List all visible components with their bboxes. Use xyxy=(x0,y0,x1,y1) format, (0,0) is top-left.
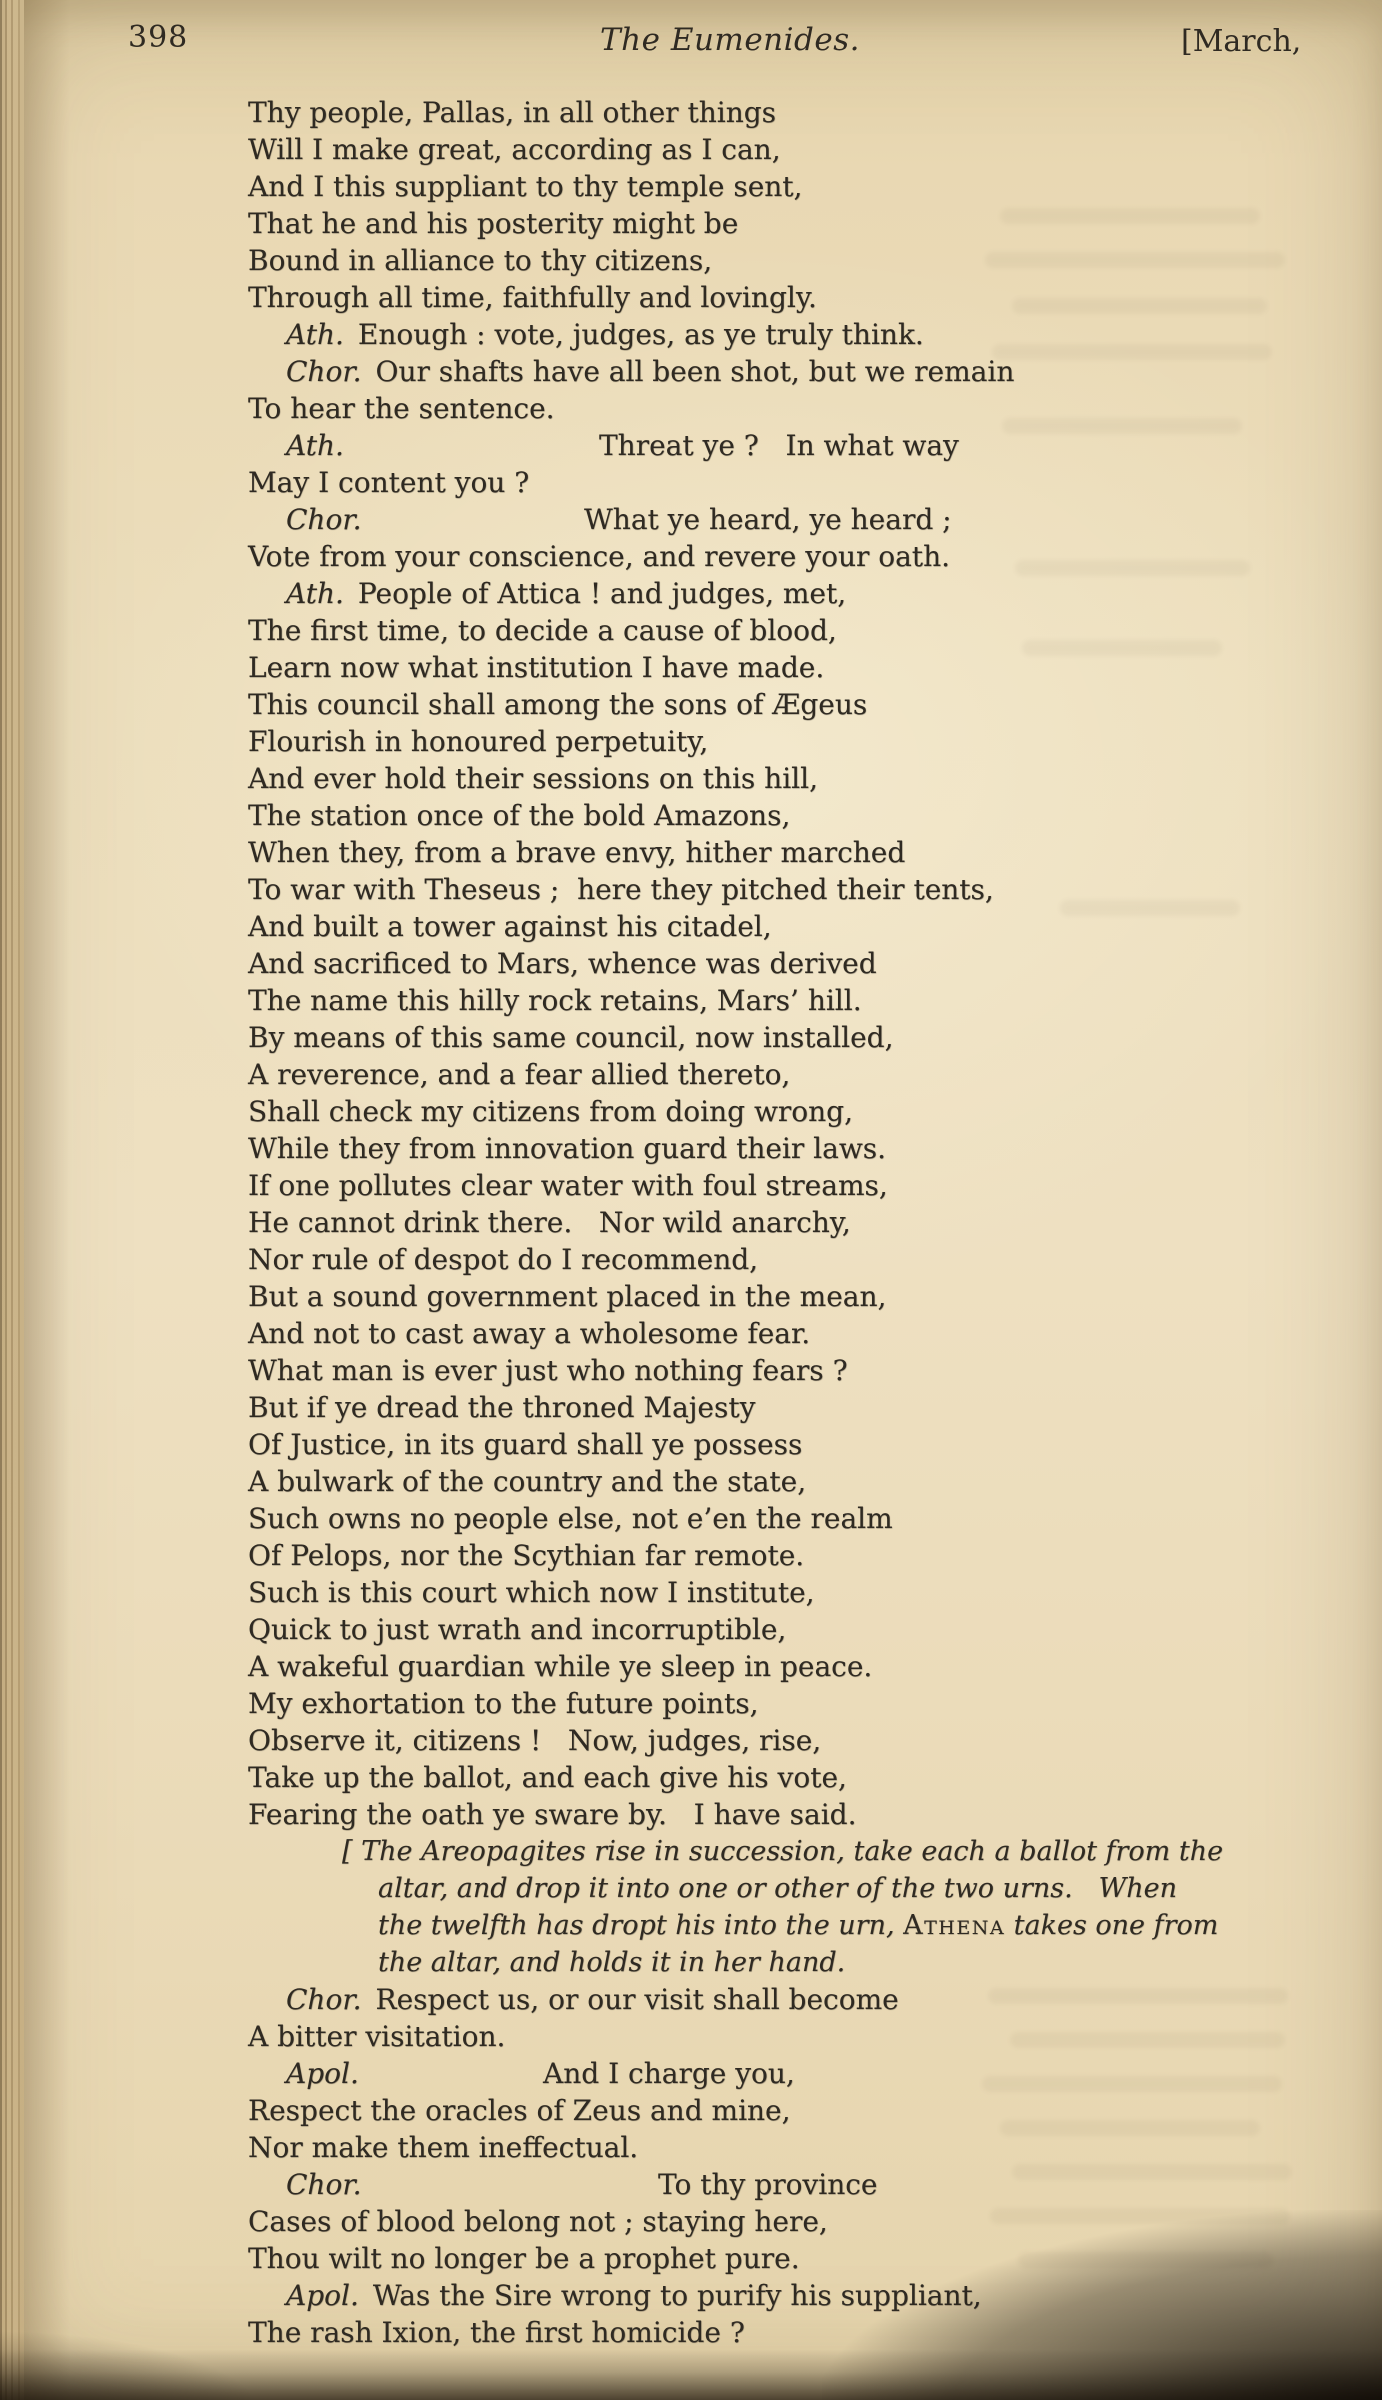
verse-line: By means of this same council, now insta… xyxy=(248,1019,1348,1056)
show-through-bar xyxy=(988,1988,1288,2004)
verse-line: And sacrificed to Mars, whence was deriv… xyxy=(248,945,1348,982)
page-edge-texture xyxy=(0,0,24,2400)
line-text: People of Attica ! and judges, met, xyxy=(358,577,846,610)
line-text: [ The Areopagites rise in succession, ta… xyxy=(342,1836,1223,1867)
binding-shadow xyxy=(822,2210,1382,2400)
verse-line: The name this hilly rock retains, Mars’ … xyxy=(248,982,1348,1019)
verse-line: May I content you ? xyxy=(248,464,1348,501)
show-through-bar xyxy=(1002,418,1242,434)
character-name-smallcaps: Athena xyxy=(903,1910,1005,1941)
line-text: But if ye dread the throned Majesty xyxy=(248,1391,755,1424)
line-text: Flourish in honoured perpetuity, xyxy=(248,725,708,758)
line-text: Of Justice, in its guard shall ye posses… xyxy=(248,1428,802,1461)
speaker-label: Apol. xyxy=(286,2279,359,2312)
line-text: And sacrificed to Mars, whence was deriv… xyxy=(248,947,877,980)
line-text: Such is this court which now I institute… xyxy=(248,1576,815,1609)
verse-line: My exhortation to the future points, xyxy=(248,1685,1348,1722)
show-through-bar xyxy=(1010,2032,1285,2048)
line-text: Fearing the oath ye sware by. I have sai… xyxy=(248,1798,856,1831)
show-through-bar xyxy=(1060,900,1240,916)
verse-line: While they from innovation guard their l… xyxy=(248,1130,1348,1167)
stage-direction-line: the twelfth has dropt his into the urn, … xyxy=(248,1907,1348,1944)
line-text: Through all time, faithfully and lovingl… xyxy=(248,281,817,314)
verse-line: And not to cast away a wholesome fear. xyxy=(248,1315,1348,1352)
line-text: Quick to just wrath and incorruptible, xyxy=(248,1613,786,1646)
line-text: the twelfth has dropt his into the urn, … xyxy=(378,1910,1218,1941)
line-text: altar, and drop it into one or other of … xyxy=(378,1873,1177,1904)
line-text: What ye heard, ye heard ; xyxy=(584,501,952,538)
verse-line: This council shall among the sons of Æge… xyxy=(248,686,1348,723)
line-text: And I charge you, xyxy=(543,2055,795,2092)
verse-line: Such is this court which now I institute… xyxy=(248,1574,1348,1611)
show-through-bar xyxy=(1000,208,1260,224)
line-text: The name this hilly rock retains, Mars’ … xyxy=(248,984,862,1017)
line-text: Nor make them ineffectual. xyxy=(248,2131,638,2164)
line-text: But a sound government placed in the mea… xyxy=(248,1280,886,1313)
line-text: Respect the oracles of Zeus and mine, xyxy=(248,2094,791,2127)
header-issue-date: [March, xyxy=(1181,24,1301,59)
verse-line: Quick to just wrath and incorruptible, xyxy=(248,1611,1348,1648)
line-text: And I this suppliant to thy temple sent, xyxy=(248,170,802,203)
verse-line: Shall check my citizens from doing wrong… xyxy=(248,1093,1348,1130)
speaker-label: Ath. xyxy=(286,318,344,351)
verse-line: And ever hold their sessions on this hil… xyxy=(248,760,1348,797)
line-text: A bitter visitation. xyxy=(248,2020,505,2053)
line-text: Nor rule of despot do I recommend, xyxy=(248,1243,758,1276)
verse-line: He cannot drink there. Nor wild anarchy, xyxy=(248,1204,1348,1241)
line-text: Thou wilt no longer be a prophet pure. xyxy=(248,2242,800,2275)
verse-line: Of Justice, in its guard shall ye posses… xyxy=(248,1426,1348,1463)
verse-line: Flourish in honoured perpetuity, xyxy=(248,723,1348,760)
scanned-book-page: 398 The Eumenides. [March, Thy people, P… xyxy=(0,0,1382,2400)
verse-line: And I this suppliant to thy temple sent, xyxy=(248,168,1348,205)
stage-direction-line: the altar, and holds it in her hand. xyxy=(248,1944,1348,1981)
running-title: The Eumenides. xyxy=(600,22,860,58)
line-text: May I content you ? xyxy=(248,466,529,499)
verse-line: Take up the ballot, and each give his vo… xyxy=(248,1759,1348,1796)
verse-line: But if ye dread the throned Majesty xyxy=(248,1389,1348,1426)
line-text: Shall check my citizens from doing wrong… xyxy=(248,1095,853,1128)
verse-line: A bulwark of the country and the state, xyxy=(248,1463,1348,1500)
show-through-bar xyxy=(1000,2120,1260,2136)
show-through-bar xyxy=(992,344,1272,360)
speaker-label: Chor. xyxy=(286,2168,362,2201)
show-through-bar xyxy=(1012,2164,1292,2180)
show-through-bar xyxy=(1022,640,1222,656)
line-text: To war with Theseus ; here they pitched … xyxy=(248,873,994,906)
line-text: Enough : vote, judges, as ye truly think… xyxy=(358,318,924,351)
line-text: the altar, and holds it in her hand. xyxy=(378,1947,845,1978)
line-text: Cases of blood belong not ; staying here… xyxy=(248,2205,828,2238)
line-text: To hear the sentence. xyxy=(248,392,555,425)
line-text: Respect us, or our visit shall become xyxy=(376,1983,899,2016)
line-text: That he and his posterity might be xyxy=(248,207,738,240)
line-text: While they from innovation guard their l… xyxy=(248,1132,886,1165)
line-text: And not to cast away a wholesome fear. xyxy=(248,1317,810,1350)
verse-line: Of Pelops, nor the Scythian far remote. xyxy=(248,1537,1348,1574)
line-text: To thy province xyxy=(658,2166,878,2203)
line-text: Will I make great, according as I can, xyxy=(248,133,781,166)
line-text: What man is ever just who nothing fears … xyxy=(248,1354,848,1387)
verse-line: A reverence, and a fear allied thereto, xyxy=(248,1056,1348,1093)
verse-line: The station once of the bold Amazons, xyxy=(248,797,1348,834)
line-text: A reverence, and a fear allied thereto, xyxy=(248,1058,790,1091)
line-text: If one pollutes clear water with foul st… xyxy=(248,1169,888,1202)
line-text: Of Pelops, nor the Scythian far remote. xyxy=(248,1539,804,1572)
verse-line: Chor.What ye heard, ye heard ; xyxy=(248,501,1348,538)
line-text: He cannot drink there. Nor wild anarchy, xyxy=(248,1206,851,1239)
verse-line: Will I make great, according as I can, xyxy=(248,131,1348,168)
verse-line: What man is ever just who nothing fears … xyxy=(248,1352,1348,1389)
line-text: The first time, to decide a cause of blo… xyxy=(248,614,837,647)
stage-direction-line: [ The Areopagites rise in succession, ta… xyxy=(248,1833,1348,1870)
line-text: The station once of the bold Amazons, xyxy=(248,799,790,832)
gutter-shadow xyxy=(24,0,70,2400)
page-number: 398 xyxy=(128,20,188,55)
verse-line: But a sound government placed in the mea… xyxy=(248,1278,1348,1315)
verse-line: When they, from a brave envy, hither mar… xyxy=(248,834,1348,871)
speaker-label: Ath. xyxy=(286,577,344,610)
verse-line: Nor rule of despot do I recommend, xyxy=(248,1241,1348,1278)
show-through-bar xyxy=(982,2076,1282,2092)
line-text: Vote from your conscience, and revere yo… xyxy=(248,540,950,573)
line-text: Threat ye ? In what way xyxy=(599,427,959,464)
show-through-bar xyxy=(1015,560,1250,576)
line-text: Our shafts have all been shot, but we re… xyxy=(376,355,1015,388)
line-text: A bulwark of the country and the state, xyxy=(248,1465,806,1498)
verse-line: Fearing the oath ye sware by. I have sai… xyxy=(248,1796,1348,1833)
stage-direction-line: altar, and drop it into one or other of … xyxy=(248,1870,1348,1907)
line-text: A wakeful guardian while ye sleep in pea… xyxy=(248,1650,872,1683)
speaker-label: Chor. xyxy=(286,355,362,388)
line-text: By means of this same council, now insta… xyxy=(248,1021,894,1054)
speaker-label: Apol. xyxy=(286,2057,359,2090)
verse-line: Ath.People of Attica ! and judges, met, xyxy=(248,575,1348,612)
line-text: Take up the ballot, and each give his vo… xyxy=(248,1761,847,1794)
line-text: My exhortation to the future points, xyxy=(248,1687,759,1720)
verse-line: If one pollutes clear water with foul st… xyxy=(248,1167,1348,1204)
line-text: This council shall among the sons of Æge… xyxy=(248,688,867,721)
line-text: Such owns no people else, not e’en the r… xyxy=(248,1502,893,1535)
speaker-label: Ath. xyxy=(286,429,344,462)
line-text: When they, from a brave envy, hither mar… xyxy=(248,836,905,869)
show-through-bar xyxy=(1012,298,1267,314)
speaker-label: Chor. xyxy=(286,1983,362,2016)
line-text: And built a tower against his citadel, xyxy=(248,910,772,943)
line-text: Thy people, Pallas, in all other things xyxy=(248,96,776,129)
line-text: Observe it, citizens ! Now, judges, rise… xyxy=(248,1724,821,1757)
verse-line: Such owns no people else, not e’en the r… xyxy=(248,1500,1348,1537)
line-text: Learn now what institution I have made. xyxy=(248,651,824,684)
verse-line: Thy people, Pallas, in all other things xyxy=(248,94,1348,131)
speaker-label: Chor. xyxy=(286,503,362,536)
verse-line: Observe it, citizens ! Now, judges, rise… xyxy=(248,1722,1348,1759)
line-text: Bound in alliance to thy citizens, xyxy=(248,244,712,277)
line-text: And ever hold their sessions on this hil… xyxy=(248,762,818,795)
show-through-bar xyxy=(985,252,1285,268)
verse-line: A wakeful guardian while ye sleep in pea… xyxy=(248,1648,1348,1685)
